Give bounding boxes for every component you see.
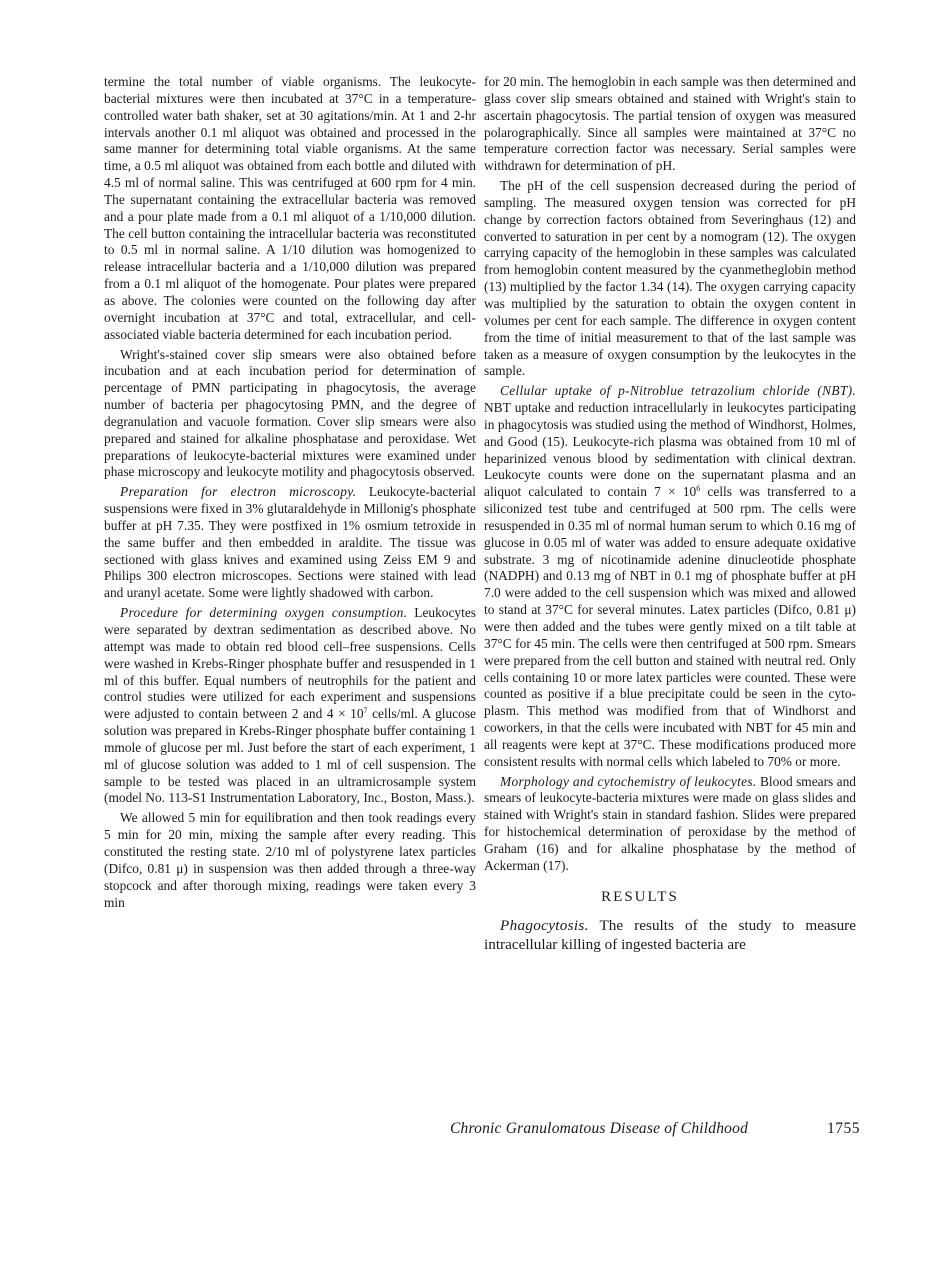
page-footer: Chronic Granulomatous Disease of Childho…	[450, 1120, 860, 1138]
page-number: 1755	[827, 1120, 860, 1138]
paragraph-hemoglobin: for 20 min. The hemoglobin in each sampl…	[484, 74, 856, 175]
paragraph-text: Leu­kocytes were separated by dextran se…	[104, 605, 476, 721]
run-in-heading: Preparation for electron microscopy.	[120, 484, 356, 499]
running-title: Chronic Granulomatous Disease of Childho…	[450, 1120, 748, 1138]
paragraph-text: termine the total number of viable organ…	[104, 74, 476, 342]
section-heading-results: RESULTS	[484, 889, 856, 906]
paragraph-oxygen-consumption: Procedure for determining oxygen consump…	[104, 605, 476, 807]
run-in-heading: Cellular uptake of p-Nitroblue tetrazoli…	[500, 383, 856, 398]
run-in-heading: Morphology and cytochemistry of leukocyt…	[500, 774, 757, 789]
paragraph-wright-smears: Wright's-stained cover slip smears were …	[104, 347, 476, 482]
journal-page: termine the total number of viable organ…	[0, 0, 936, 1261]
paragraph-text: Leukocyte-bac­terial suspensions were fi…	[104, 484, 476, 600]
paragraph-morphology: Morphology and cytochemistry of leukocyt…	[484, 774, 856, 875]
paragraph-text-continued: cells was transferred to a siliconized t…	[484, 484, 856, 769]
paragraph-text: Wright's-stained cover slip smears were …	[104, 347, 476, 480]
run-in-heading: Phagocytosis.	[500, 917, 589, 934]
paragraph-text: for 20 min. The hemoglobin in each sampl…	[484, 74, 856, 173]
paragraph-electron-microscopy: Preparation for electron microscopy. Leu…	[104, 484, 476, 602]
paragraph-text: The pH of the cell suspension decreased …	[484, 178, 856, 378]
paragraph-phagocytosis: Phagocytosis. The results of the study t…	[484, 916, 856, 954]
paragraph-nbt-uptake: Cellular uptake of p-Nitroblue tetrazoli…	[484, 383, 856, 770]
left-column: termine the total number of viable organ…	[104, 74, 476, 911]
paragraph-ph: The pH of the cell suspension decreased …	[484, 178, 856, 380]
right-column: for 20 min. The hemoglobin in each sampl…	[484, 74, 856, 954]
run-in-heading: Procedure for determining oxygen consump…	[120, 605, 407, 620]
paragraph-viable-organisms: termine the total number of viable organ…	[104, 74, 476, 344]
paragraph-equilibration: We allowed 5 min for equilibration and t…	[104, 810, 476, 911]
paragraph-text: We allowed 5 min for equilibration and t…	[104, 810, 476, 909]
